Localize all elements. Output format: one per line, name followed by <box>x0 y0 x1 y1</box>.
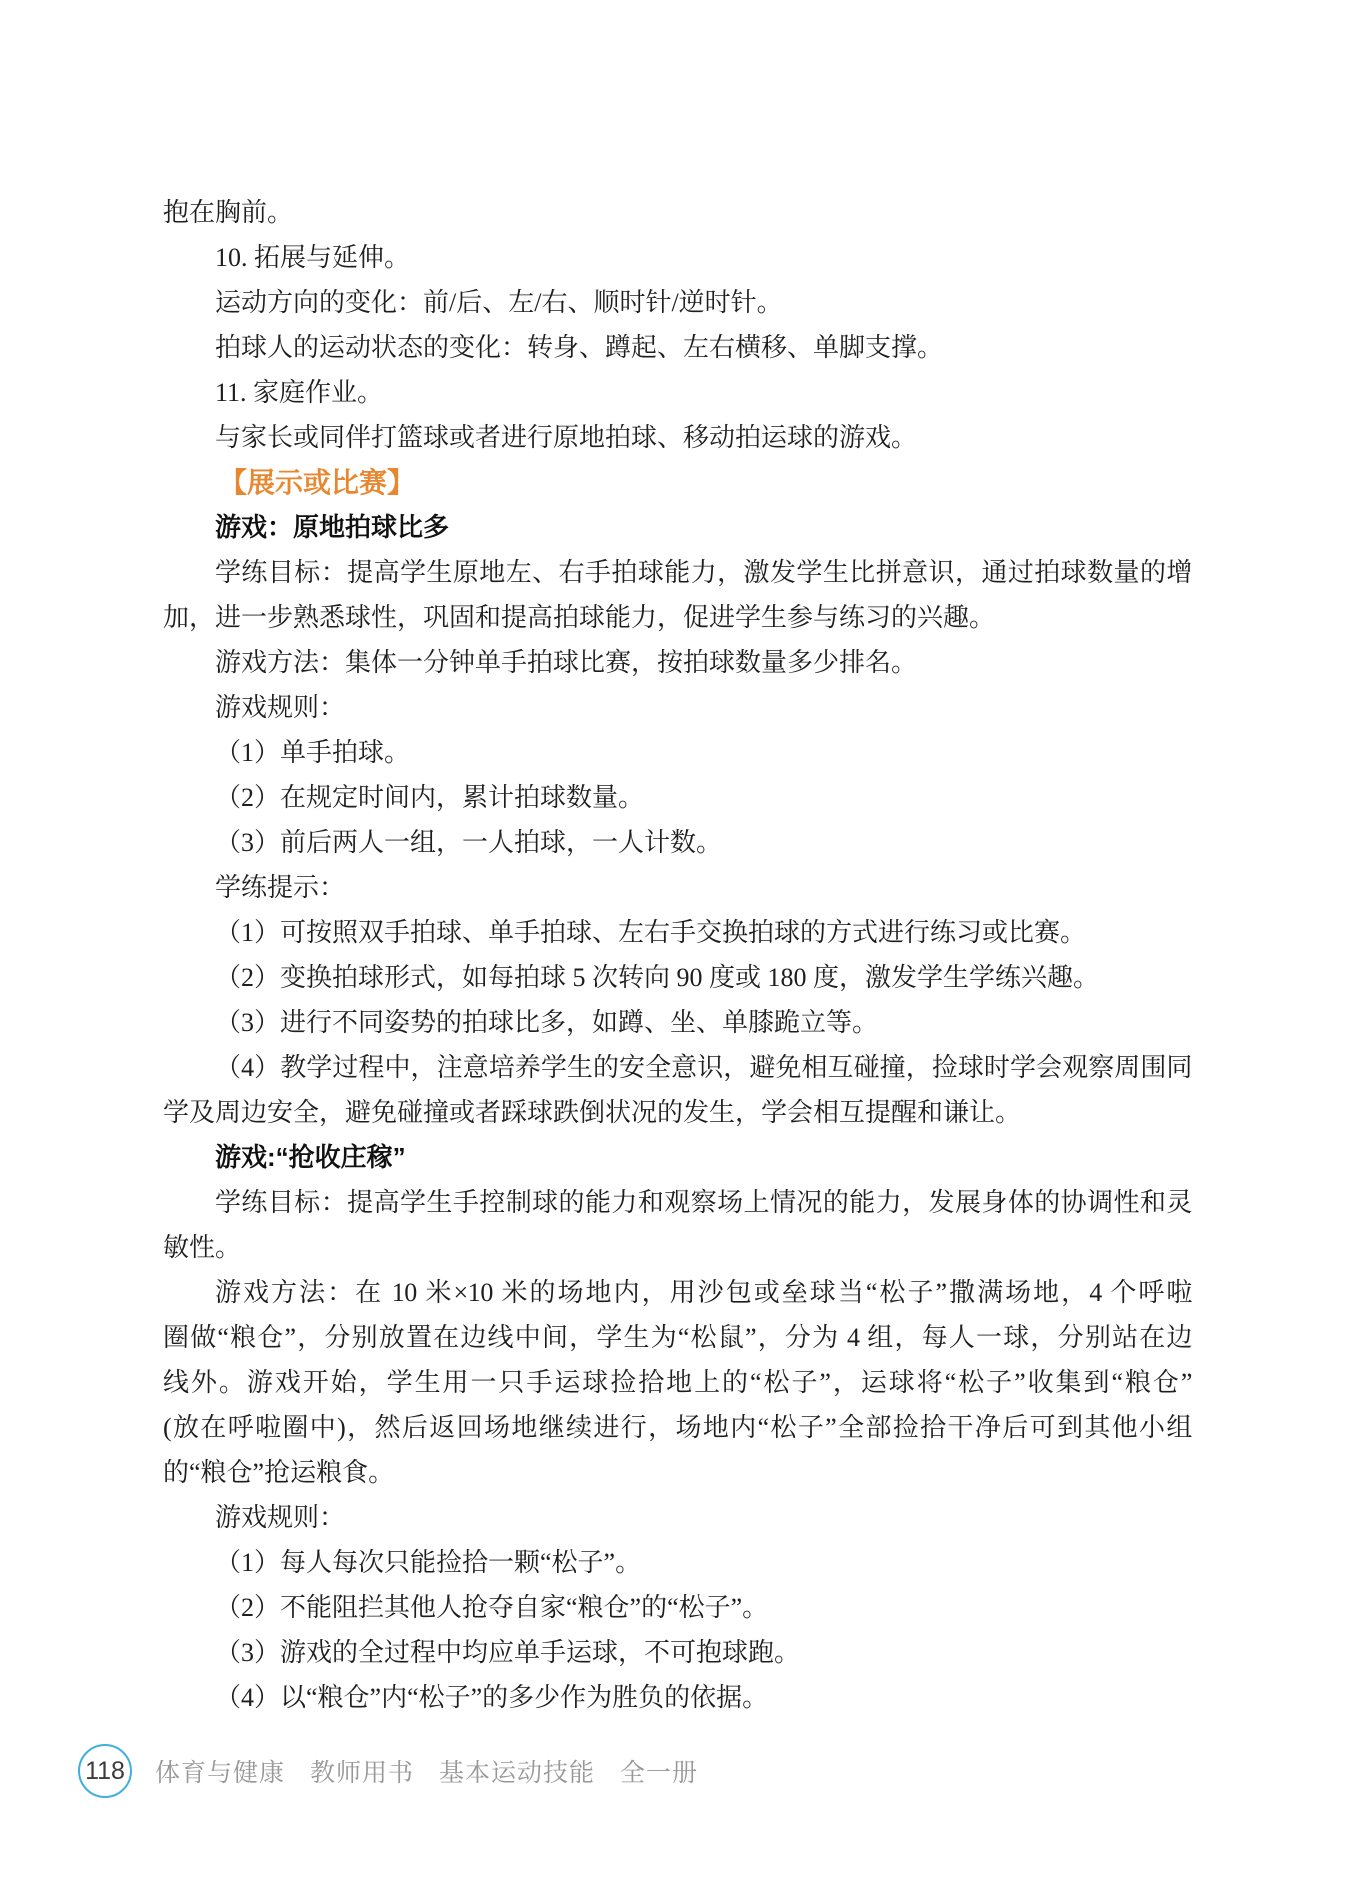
text-line: 敏性。 <box>163 1225 1192 1270</box>
text-line: 拍球人的运动状态的变化：转身、蹲起、左右横移、单脚支撑。 <box>163 325 1192 370</box>
text-line: （3）前后两人一组，一人拍球，一人计数。 <box>163 820 1192 865</box>
text-line: 11. 家庭作业。 <box>163 370 1192 415</box>
text-line: 抱在胸前。 <box>163 190 1192 235</box>
paragraph: 学练提示： <box>163 865 1192 910</box>
text-line: 圈做“粮仓”，分别放置在边线中间，学生为“松鼠”，分为 4 组，每人一球，分别站… <box>163 1315 1192 1360</box>
text-line: 学及周边安全，避免碰撞或者踩球跌倒状况的发生，学会相互提醒和谦让。 <box>163 1090 1192 1135</box>
page-number-badge: 118 <box>78 1744 132 1798</box>
book-page: 抱在胸前。10. 拓展与延伸。运动方向的变化：前/后、左/右、顺时针/逆时针。拍… <box>0 0 1359 1891</box>
paragraph: 抱在胸前。 <box>163 190 1192 235</box>
text-line: （1）每人每次只能捡拾一颗“松子”。 <box>163 1540 1192 1585</box>
paragraph: 学练目标：提高学生原地左、右手拍球能力，激发学生比拼意识，通过拍球数量的增加，进… <box>163 550 1192 640</box>
text-line: 与家长或同伴打篮球或者进行原地拍球、移动拍运球的游戏。 <box>163 415 1192 460</box>
text-line: （4）以“粮仓”内“松子”的多少作为胜负的依据。 <box>163 1675 1192 1720</box>
paragraph: 游戏规则： <box>163 685 1192 730</box>
paragraph: （4）以“粮仓”内“松子”的多少作为胜负的依据。 <box>163 1675 1192 1720</box>
paragraph: （3）前后两人一组，一人拍球，一人计数。 <box>163 820 1192 865</box>
text-line: 学练目标：提高学生手控制球的能力和观察场上情况的能力，发展身体的协调性和灵 <box>163 1180 1192 1225</box>
paragraph: （3）游戏的全过程中均应单手运球，不可抱球跑。 <box>163 1630 1192 1675</box>
text-line: 加，进一步熟悉球性，巩固和提高拍球能力，促进学生参与练习的兴趣。 <box>163 595 1192 640</box>
text-line: 游戏规则： <box>163 685 1192 730</box>
paragraph: （2）变换拍球形式，如每拍球 5 次转向 90 度或 180 度，激发学生学练兴… <box>163 955 1192 1000</box>
text-line: 10. 拓展与延伸。 <box>163 235 1192 280</box>
text-line: （3）游戏的全过程中均应单手运球，不可抱球跑。 <box>163 1630 1192 1675</box>
text-line: 游戏：原地拍球比多 <box>163 505 1192 550</box>
text-line: （2）变换拍球形式，如每拍球 5 次转向 90 度或 180 度，激发学生学练兴… <box>163 955 1192 1000</box>
text-line: （1）可按照双手拍球、单手拍球、左右手交换拍球的方式进行练习或比赛。 <box>163 910 1192 955</box>
paragraph: 游戏规则： <box>163 1495 1192 1540</box>
page-footer: 118 体育与健康教师用书基本运动技能全一册 <box>0 1744 1359 1798</box>
text-line: 【展示或比赛】 <box>163 460 1192 505</box>
game-title: 游戏：原地拍球比多 <box>163 505 1192 550</box>
paragraph: （3）进行不同姿势的拍球比多，如蹲、坐、单膝跪立等。 <box>163 1000 1192 1045</box>
text-line: （1）单手拍球。 <box>163 730 1192 775</box>
text-line: （4）教学过程中，注意培养学生的安全意识，避免相互碰撞，捡球时学会观察周围同 <box>163 1045 1192 1090</box>
text-line: 游戏规则： <box>163 1495 1192 1540</box>
text-line: 游戏:“抢收庄稼” <box>163 1135 1192 1180</box>
paragraph: 拍球人的运动状态的变化：转身、蹲起、左右横移、单脚支撑。 <box>163 325 1192 370</box>
footer-segment: 教师用书 <box>310 1753 414 1789</box>
paragraph: 游戏方法：集体一分钟单手拍球比赛，按拍球数量多少排名。 <box>163 640 1192 685</box>
text-line: 学练提示： <box>163 865 1192 910</box>
paragraph: （1）每人每次只能捡拾一颗“松子”。 <box>163 1540 1192 1585</box>
paragraph: 运动方向的变化：前/后、左/右、顺时针/逆时针。 <box>163 280 1192 325</box>
paragraph: （1）单手拍球。 <box>163 730 1192 775</box>
text-line: 线外。游戏开始，学生用一只手运球捡拾地上的“松子”，运球将“松子”收集到“粮仓” <box>163 1360 1192 1405</box>
paragraph: （2）在规定时间内，累计拍球数量。 <box>163 775 1192 820</box>
paragraph: （2）不能阻拦其他人抢夺自家“粮仓”的“松子”。 <box>163 1585 1192 1630</box>
text-line: （2）在规定时间内，累计拍球数量。 <box>163 775 1192 820</box>
paragraph: 与家长或同伴打篮球或者进行原地拍球、移动拍运球的游戏。 <box>163 415 1192 460</box>
footer-segment: 体育与健康 <box>155 1753 285 1789</box>
game-title: 游戏:“抢收庄稼” <box>163 1135 1192 1180</box>
footer-segment: 全一册 <box>620 1753 698 1789</box>
text-line: 运动方向的变化：前/后、左/右、顺时针/逆时针。 <box>163 280 1192 325</box>
footer-segment: 基本运动技能 <box>439 1753 595 1789</box>
text-line: 的“粮仓”抢运粮食。 <box>163 1450 1192 1495</box>
page-content: 抱在胸前。10. 拓展与延伸。运动方向的变化：前/后、左/右、顺时针/逆时针。拍… <box>163 190 1192 1720</box>
section-heading: 【展示或比赛】 <box>163 460 1192 505</box>
text-line: 学练目标：提高学生原地左、右手拍球能力，激发学生比拼意识，通过拍球数量的增 <box>163 550 1192 595</box>
paragraph: 游戏方法：在 10 米×10 米的场地内，用沙包或垒球当“松子”撒满场地，4 个… <box>163 1270 1192 1495</box>
paragraph: 学练目标：提高学生手控制球的能力和观察场上情况的能力，发展身体的协调性和灵敏性。 <box>163 1180 1192 1270</box>
page-number: 118 <box>85 1757 125 1786</box>
paragraph: （4）教学过程中，注意培养学生的安全意识，避免相互碰撞，捡球时学会观察周围同学及… <box>163 1045 1192 1135</box>
paragraph: （1）可按照双手拍球、单手拍球、左右手交换拍球的方式进行练习或比赛。 <box>163 910 1192 955</box>
text-line: 游戏方法：集体一分钟单手拍球比赛，按拍球数量多少排名。 <box>163 640 1192 685</box>
text-line: 游戏方法：在 10 米×10 米的场地内，用沙包或垒球当“松子”撒满场地，4 个… <box>163 1270 1192 1315</box>
paragraph: 10. 拓展与延伸。 <box>163 235 1192 280</box>
paragraph: 11. 家庭作业。 <box>163 370 1192 415</box>
text-line: (放在呼啦圈中)，然后返回场地继续进行，场地内“松子”全部捡拾干净后可到其他小组 <box>163 1405 1192 1450</box>
text-line: （2）不能阻拦其他人抢夺自家“粮仓”的“松子”。 <box>163 1585 1192 1630</box>
text-line: （3）进行不同姿势的拍球比多，如蹲、坐、单膝跪立等。 <box>163 1000 1192 1045</box>
footer-book-info: 体育与健康教师用书基本运动技能全一册 <box>155 1744 698 1798</box>
